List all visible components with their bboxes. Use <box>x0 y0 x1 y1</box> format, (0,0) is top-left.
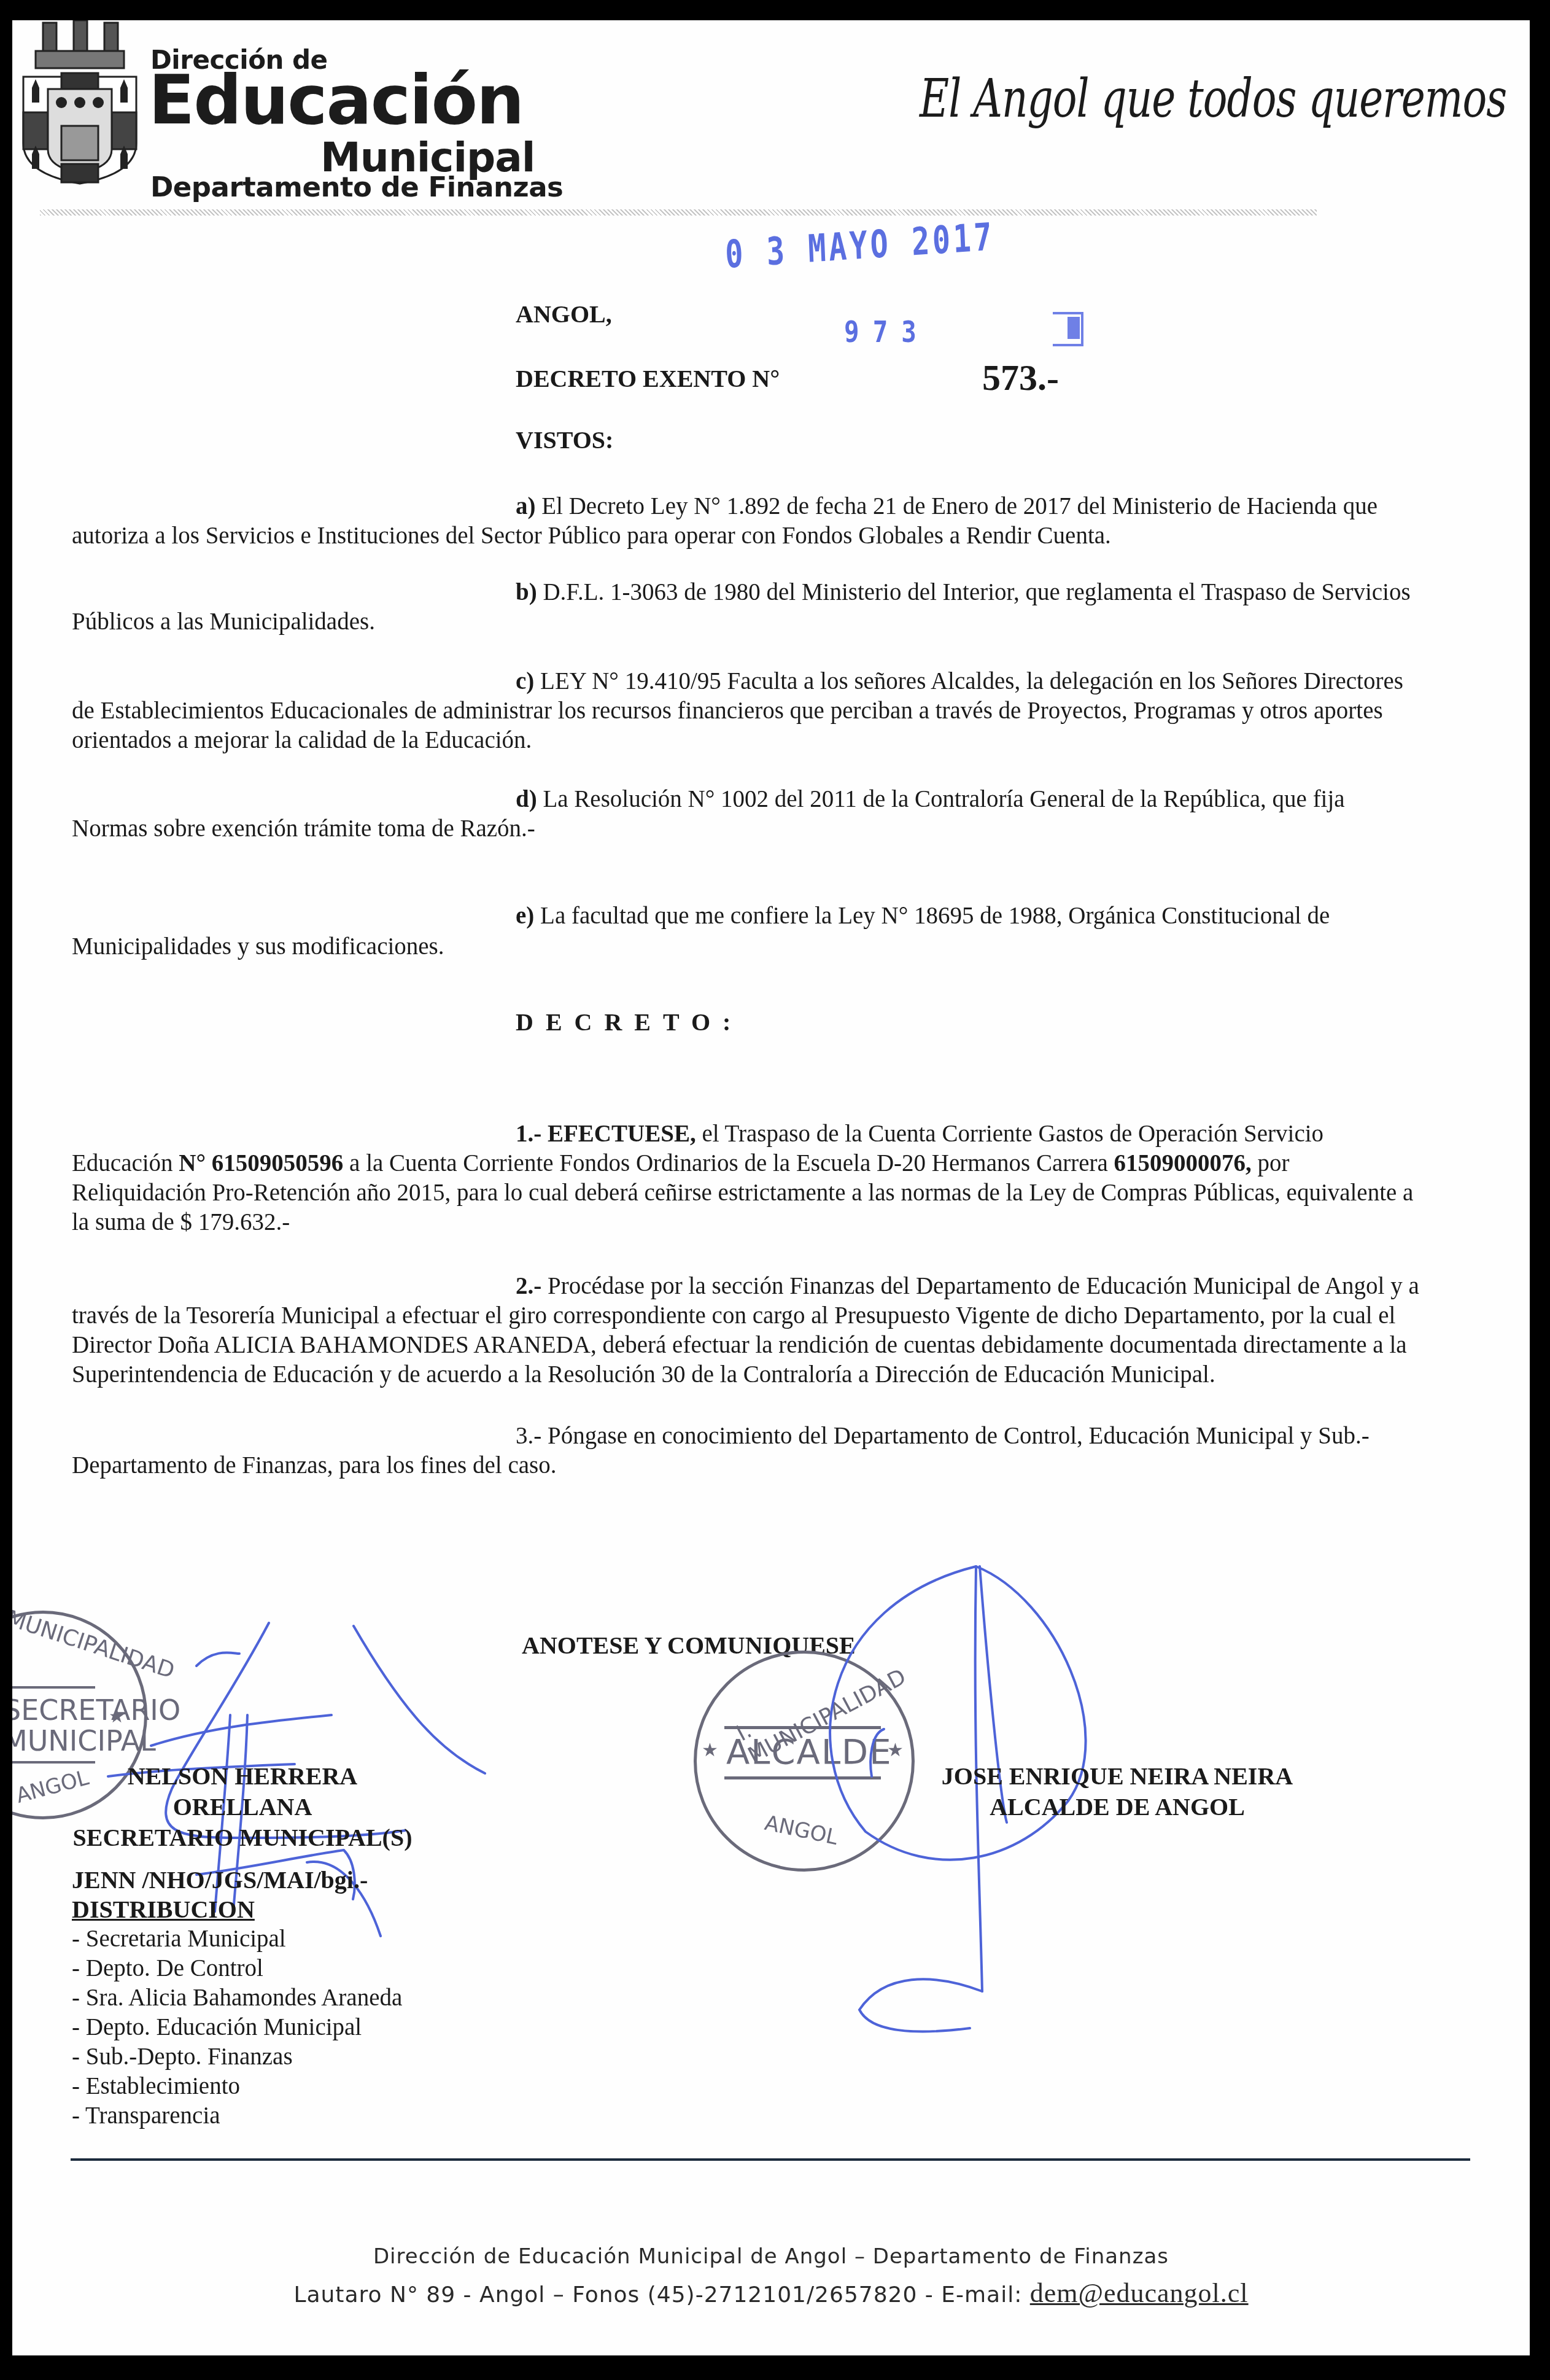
mayor-seal: I. MUNICIPALIDAD ★ ALCALDE ★ ANGOL <box>694 1651 915 1872</box>
decree-label: DECRETO EXENTO N° <box>516 364 780 393</box>
item-number: 3.- <box>516 1423 541 1449</box>
mayor-name: JOSE ENRIQUE NEIRA NEIRA <box>927 1761 1308 1792</box>
item-text: La facultad que me confiere la Ley N° 18… <box>534 903 1330 929</box>
footer-address: Lautaro N° 89 - Angol – Fonos (45)-27121… <box>293 2282 1029 2308</box>
secretary-name: NELSON HERRERA ORELLANA <box>64 1761 420 1822</box>
item-text-cont: través de la Tesorería Municipal a efect… <box>72 1301 1468 1331</box>
seal-line <box>724 1776 881 1779</box>
vistos-item-d: d) La Resolución N° 1002 del 2011 de la … <box>516 785 1345 814</box>
vistos-item-b: b) D.F.L. 1-3063 de 1980 del Ministerio … <box>72 578 1468 637</box>
distribution-item: - Depto. De Control <box>72 1954 402 1983</box>
vistos-item-c: c) LEY N° 19.410/95 Faculta a los señore… <box>72 667 1468 755</box>
initials: JENN /NHO/JGS/MAI/bgi.- <box>72 1865 402 1895</box>
item-label: b) <box>516 579 537 605</box>
seal-line <box>724 1726 881 1729</box>
footer-line-2: Lautaro N° 89 - Angol – Fonos (45)-27121… <box>12 2277 1530 2309</box>
item-text-cont: Director Doña ALICIA BAHAMONDES ARANEDA,… <box>72 1331 1468 1360</box>
document-page: Dirección de Educación Municipal Departa… <box>12 20 1530 2355</box>
item-text: por <box>1252 1150 1290 1176</box>
star-icon: ★ <box>702 1740 718 1761</box>
item-text-cont: de Establecimientos Educacionales de adm… <box>72 696 1468 726</box>
mayor-title: ALCALDE DE ANGOL <box>927 1792 1308 1822</box>
mayor-signature-block: JOSE ENRIQUE NEIRA NEIRA ALCALDE DE ANGO… <box>927 1761 1308 1822</box>
distribution-item: - Transparencia <box>72 2101 402 2131</box>
item-text: Procédase por la sección Finanzas del De… <box>541 1273 1419 1299</box>
office-stamp-icon <box>1053 312 1083 346</box>
source-account-number: 61509050596 <box>212 1150 344 1176</box>
distribution-block: JENN /NHO/JGS/MAI/bgi.- DISTRIBUCION - S… <box>72 1865 402 2131</box>
footer-email-link[interactable]: dem@educangol.cl <box>1030 2278 1249 2308</box>
item-text: Póngase en conocimiento del Departamento… <box>541 1423 1369 1449</box>
item-verb: EFECTUESE, <box>548 1121 696 1147</box>
item-text-cont: autoriza a los Servicios e Instituciones… <box>72 521 1468 551</box>
amount-text: la suma de $ 179.632.- <box>72 1208 1468 1237</box>
item-text-cont: Públicos a las Municipalidades. <box>72 607 1468 637</box>
item-text-cont: Superintendencia de Educación y de acuer… <box>72 1360 1468 1390</box>
item-number: 1.- <box>516 1121 541 1147</box>
header-educacion: Educación <box>149 63 523 138</box>
star-icon: ★ <box>109 1706 125 1727</box>
municipal-coat-of-arms-icon <box>18 20 141 186</box>
item-label: a) <box>516 493 536 519</box>
distribution-item: - Depto. Educación Municipal <box>72 2013 402 2042</box>
distribution-item: - Sra. Alicia Bahamondes Araneda <box>72 1983 402 2013</box>
number-stamp: 973 <box>844 315 930 349</box>
distribution-item: - Establecimiento <box>72 2072 402 2101</box>
date-stamp: 0 3 MAYO 2017 <box>724 214 996 277</box>
item-text: D.F.L. 1-3063 de 1980 del Ministerio del… <box>543 579 1410 605</box>
decreto-item-1: 1.- EFECTUESE, el Traspaso de la Cuenta … <box>72 1119 1468 1237</box>
item-text: el Traspaso de la Cuenta Corriente Gasto… <box>696 1121 1323 1147</box>
destination-account-number: 61509000076, <box>1114 1150 1252 1176</box>
decreto-item-2: 2.- Procédase por la sección Finanzas de… <box>72 1272 1468 1390</box>
item-text: a la Cuenta Corriente Fondos Ordinarios … <box>343 1150 1114 1176</box>
distribution-heading: DISTRIBUCION <box>72 1895 402 1924</box>
item-text-cont: Departamento de Finanzas, para los fines… <box>72 1451 1468 1480</box>
seal-text: SECRETARIO <box>12 1694 180 1727</box>
number-label: N° <box>179 1150 206 1176</box>
item-label: c) <box>516 668 534 694</box>
item-text: Educación <box>72 1150 179 1176</box>
decreto-heading: DECRETO: <box>516 1008 743 1036</box>
item-number: 2.- <box>516 1273 541 1299</box>
decreto-item-3: 3.- Póngase en conocimiento del Departam… <box>72 1421 1468 1480</box>
distribution-item: - Secretaria Municipal <box>72 1924 402 1954</box>
seal-text: MUNICIPALIDAD <box>12 1606 177 1684</box>
seal-text: ANGOL <box>762 1811 840 1850</box>
item-text: La Resolución N° 1002 del 2011 de la Con… <box>537 786 1345 812</box>
seal-text: ALCALDE <box>726 1732 893 1772</box>
item-text: El Decreto Ley N° 1.892 de fecha 21 de E… <box>541 493 1378 519</box>
item-label: d) <box>516 786 537 812</box>
vistos-item-e-cont: Municipalidades y sus modificaciones. <box>72 932 444 962</box>
item-text-cont: orientados a mejorar la calidad de la Ed… <box>72 726 1468 755</box>
secretary-title: SECRETARIO MUNICIPAL(S) <box>64 1822 420 1853</box>
header-departamento: Departamento de Finanzas <box>150 171 563 203</box>
vistos-item-d-cont: Normas sobre exención trámite toma de Ra… <box>72 814 535 844</box>
vistos-item-a: a) El Decreto Ley N° 1.892 de fecha 21 d… <box>72 492 1468 551</box>
vistos-item-e: e) La facultad que me confiere la Ley N°… <box>72 901 1468 931</box>
item-text-cont: Reliquidación Pro-Retención año 2015, pa… <box>72 1178 1468 1208</box>
footer-rule <box>71 2158 1470 2161</box>
item-label: e) <box>516 903 534 929</box>
seal-line <box>12 1686 95 1689</box>
secretary-signature-block: NELSON HERRERA ORELLANA SECRETARIO MUNIC… <box>64 1761 420 1853</box>
header-slogan: El Angol que todos queremos <box>920 68 1506 130</box>
distribution-item: - Sub.-Depto. Finanzas <box>72 2042 402 2072</box>
footer-line-1: Dirección de Educación Municipal de Ango… <box>12 2244 1530 2269</box>
vistos-heading: VISTOS: <box>516 426 613 454</box>
seal-text: MUNICIPAL <box>12 1724 156 1757</box>
city-label: ANGOL, <box>516 300 612 329</box>
item-text: LEY N° 19.410/95 Faculta a los señores A… <box>540 668 1403 694</box>
header-separator <box>40 209 1317 216</box>
star-icon: ★ <box>887 1740 904 1761</box>
decree-number: 573.- <box>982 357 1059 399</box>
